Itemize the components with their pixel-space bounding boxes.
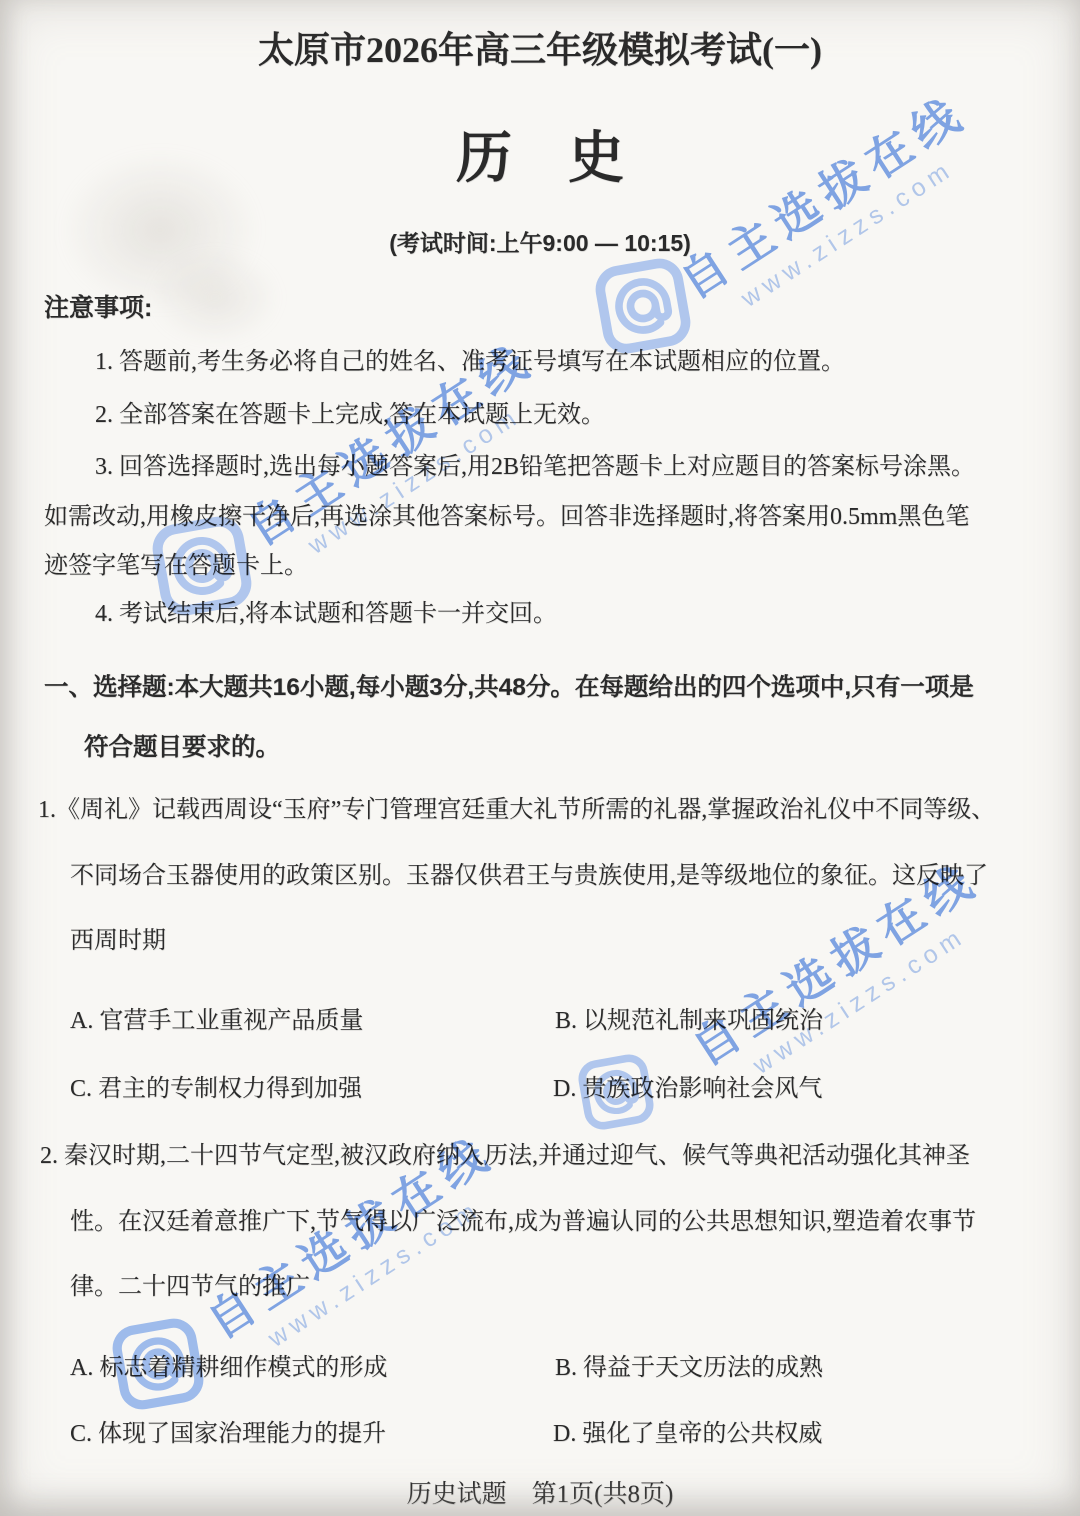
notice-line: 4. 考试结束后,将本试题和答题卡一并交回。 xyxy=(95,593,557,628)
exam-title: 太原市2026年高三年级模拟考试(一) xyxy=(0,22,1080,73)
page-footer: 历史试题 第1页(共8页) xyxy=(0,1474,1080,1510)
scan-smudge xyxy=(150,250,280,345)
exam-paper-page: 自主选拔在线 www.zizzs.com 自主选拔在线 www.zizzs.co… xyxy=(0,0,1080,1516)
exam-time: (考试时间:上午9:00 — 10:15) xyxy=(0,225,1080,258)
question-line: 性。在汉廷着意推广下,节气得以广泛流布,成为普遍认同的公共思想知识,塑造着农事节 xyxy=(70,1201,976,1236)
option-item: C. 体现了国家治理能力的提升 xyxy=(70,1413,386,1448)
question-line: 1.《周礼》记载西周设“玉府”专门管理宫廷重大礼节所需的礼器,掌握政治礼仪中不同… xyxy=(38,789,995,824)
option-item: A. 官营手工业重视产品质量 xyxy=(70,1000,363,1035)
notice-line: 2. 全部答案在答题卡上完成,答在本试题上无效。 xyxy=(95,394,605,429)
option-item: A. 标志着精耕细作模式的形成 xyxy=(70,1347,387,1382)
question-line: 律。二十四节气的推广 xyxy=(70,1266,310,1301)
notice-heading: 注意事项: xyxy=(44,288,152,324)
notice-line: 3. 回答选择题时,选出每小题答案后,用2B铅笔把答题卡上对应题目的答案标号涂黑… xyxy=(95,446,975,481)
question-line: 西周时期 xyxy=(70,920,166,955)
notice-line: 1. 答题前,考生务必将自己的姓名、准考证号填写在本试题相应的位置。 xyxy=(95,341,845,376)
option-item: D. 贵族政治影响社会风气 xyxy=(553,1068,822,1103)
section-heading-line: 一、选择题:本大题共16小题,每小题3分,共48分。在每题给出的四个选项中,只有… xyxy=(44,668,974,703)
notice-line: 如需改动,用橡皮擦干净后,再选涂其他答案标号。回答非选择题时,将答案用0.5mm… xyxy=(44,496,969,531)
section-heading-line: 符合题目要求的。 xyxy=(84,728,280,763)
option-item: B. 以规范礼制来巩固统治 xyxy=(555,1000,823,1035)
option-item: D. 强化了皇帝的公共权威 xyxy=(553,1413,822,1448)
notice-line: 迹签字笔写在答题卡上。 xyxy=(44,545,308,580)
question-line: 2. 秦汉时期,二十四节气定型,被汉政府纳入历法,并通过迎气、候气等典祀活动强化… xyxy=(40,1135,970,1170)
question-line: 不同场合玉器使用的政策区别。玉器仅供君王与贵族使用,是等级地位的象征。这反映了 xyxy=(70,855,988,890)
subject-title: 历 史 xyxy=(0,114,1080,194)
option-item: B. 得益于天文历法的成熟 xyxy=(555,1347,823,1382)
option-item: C. 君主的专制权力得到加强 xyxy=(70,1068,362,1103)
